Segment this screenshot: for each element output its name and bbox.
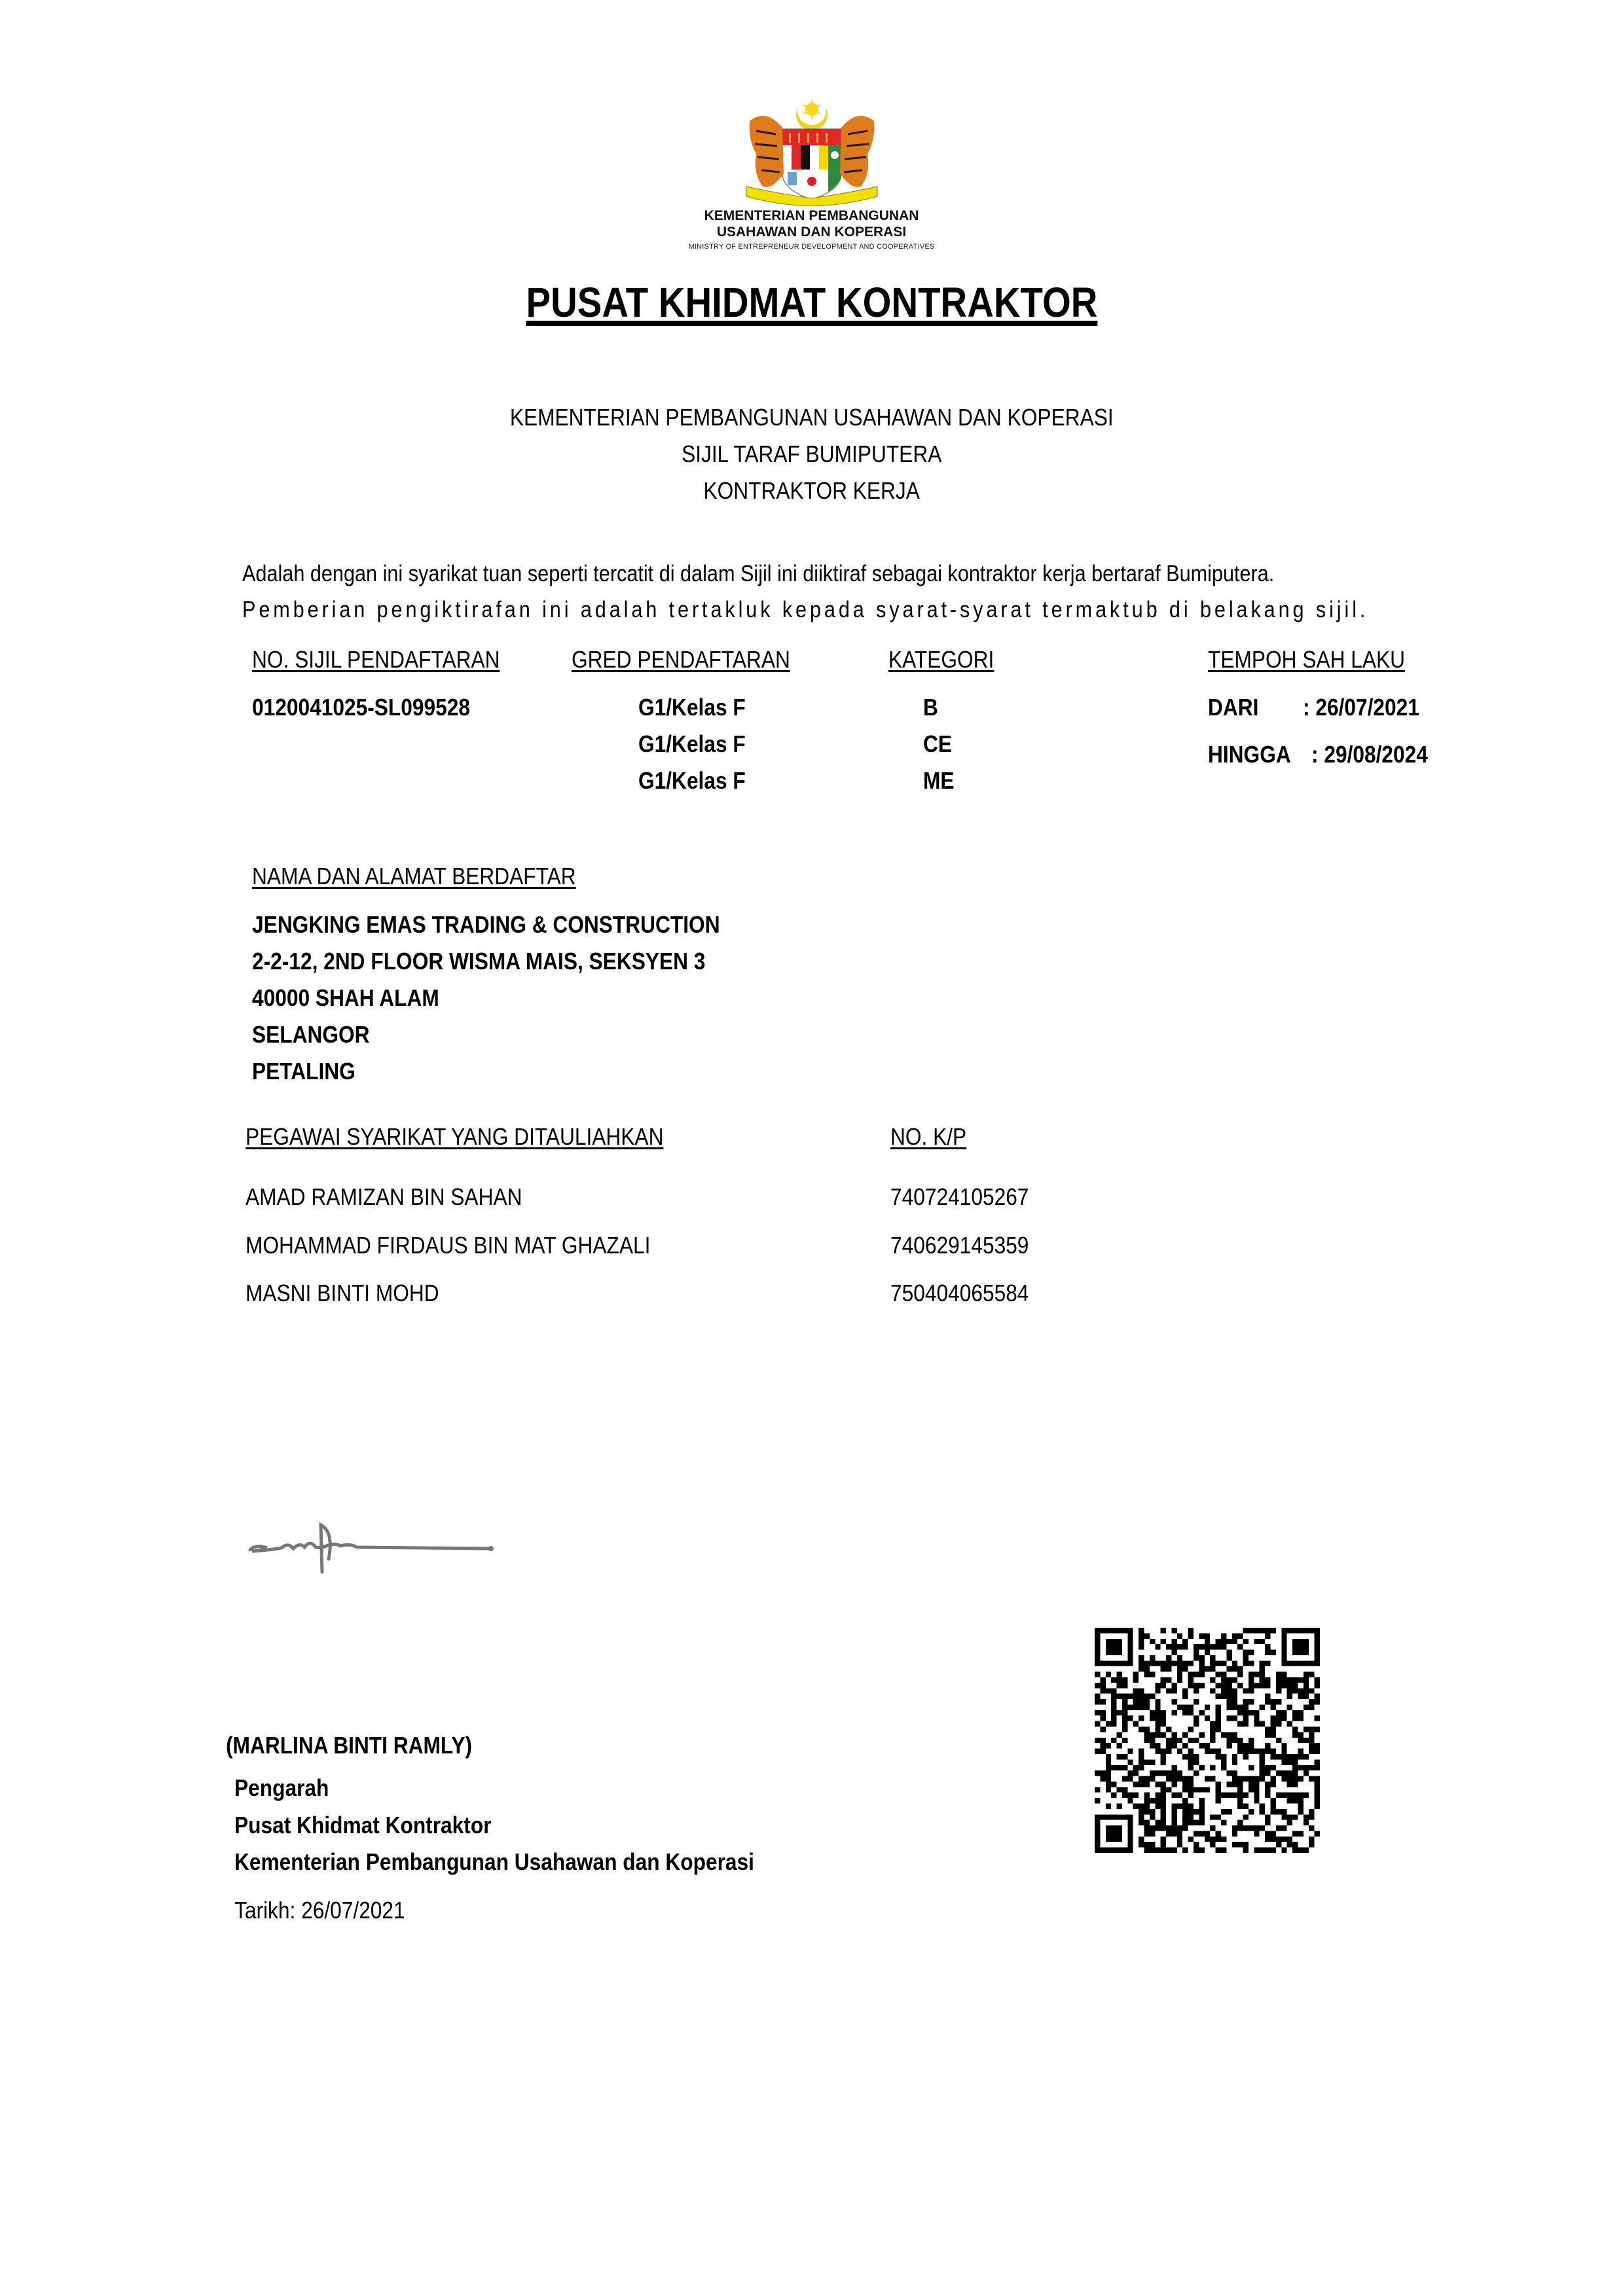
validity-from-label: DARI	[1208, 694, 1266, 721]
ministry-name-line2: USAHAWAN DAN KOPERASI	[0, 224, 1623, 240]
ministry-name-line1: KEMENTERIAN PEMBANGUNAN	[0, 208, 1623, 224]
officer-name-1: AMAD RAMIZAN BIN SAHAN	[246, 1183, 560, 1211]
cert-no-value: 0120041025-SL099528	[252, 694, 500, 721]
officer-ic-3: 750404065584	[890, 1280, 1048, 1307]
signatory-position: Pengarah	[234, 1774, 342, 1802]
company-state: SELANGOR	[252, 1021, 386, 1049]
grade-value-3: G1/Kelas F	[638, 767, 760, 795]
officers-header-ic: NO. K/P	[890, 1123, 977, 1151]
header-category: KATEGORI	[888, 646, 1008, 673]
company-district: PETALING	[252, 1058, 369, 1085]
signatory-ministry: Kementerian Pembangunan Usahawan dan Kop…	[234, 1848, 825, 1876]
category-value-3: ME	[923, 767, 958, 795]
header-cert-no: NO. SIJIL PENDAFTARAN	[252, 646, 534, 673]
validity-to-label: HINGGA	[1208, 741, 1302, 768]
officer-name-2: MOHAMMAD FIRDAUS BIN MAT GHAZALI	[246, 1232, 706, 1259]
company-address-line-2: 40000 SHAH ALAM	[252, 984, 465, 1012]
ministry-name-english: MINISTRY OF ENTREPRENEUR DEVELOPMENT AND…	[0, 243, 1623, 251]
statement-line-1: Adalah dengan ini syarikat tuan seperti …	[242, 561, 1539, 587]
page-title: PUSAT KHIDMAT KONTRAKTOR	[0, 278, 1623, 327]
grade-value-1: G1/Kelas F	[638, 694, 760, 721]
signatory-name: (MARLINA BINTI RAMLY)	[226, 1732, 505, 1759]
officer-ic-2: 740629145359	[890, 1232, 1048, 1259]
header-validity: TEMPOH SAH LAKU	[1208, 646, 1432, 673]
officers-header-name: PEGAWAI SYARIKAT YANG DITAULIAHKAN	[246, 1123, 721, 1151]
company-name: JENGKING EMAS TRADING & CONSTRUCTION	[252, 911, 784, 939]
header-grade: GRED PENDAFTARAN	[572, 646, 820, 673]
category-value-2: CE	[923, 730, 956, 758]
category-value-1: B	[923, 694, 940, 721]
subtitle-ministry: KEMENTERIAN PEMBANGUNAN USAHAWAN DAN KOP…	[0, 404, 1623, 431]
statement-line-2: Pemberian pengiktirafan ini adalah terta…	[242, 597, 1539, 623]
subtitle-contractor-type: KONTRAKTOR KERJA	[0, 477, 1623, 505]
officer-name-3: MASNI BINTI MOHD	[246, 1280, 465, 1307]
company-section-header: NAMA DAN ALAMAT BERDAFTAR	[252, 863, 620, 890]
signatory-department: Pusat Khidmat Kontraktor	[234, 1812, 526, 1839]
coat-of-arms-logo-icon	[737, 95, 887, 206]
qr-code-icon[interactable]	[1095, 1628, 1320, 1853]
company-address-line-1: 2-2-12, 2ND FLOOR WISMA MAIS, SEKSYEN 3	[252, 948, 767, 975]
subtitle-certificate-type: SIJIL TARAF BUMIPUTERA	[0, 440, 1623, 468]
signature-icon	[242, 1499, 504, 1590]
grade-value-2: G1/Kelas F	[638, 730, 760, 758]
validity-to-value: : 29/08/2024	[1311, 741, 1444, 768]
validity-from-value: : 26/07/2021	[1303, 694, 1435, 721]
officer-ic-1: 740724105267	[890, 1183, 1048, 1211]
issue-date: Tarikh: 26/07/2021	[234, 1897, 428, 1924]
